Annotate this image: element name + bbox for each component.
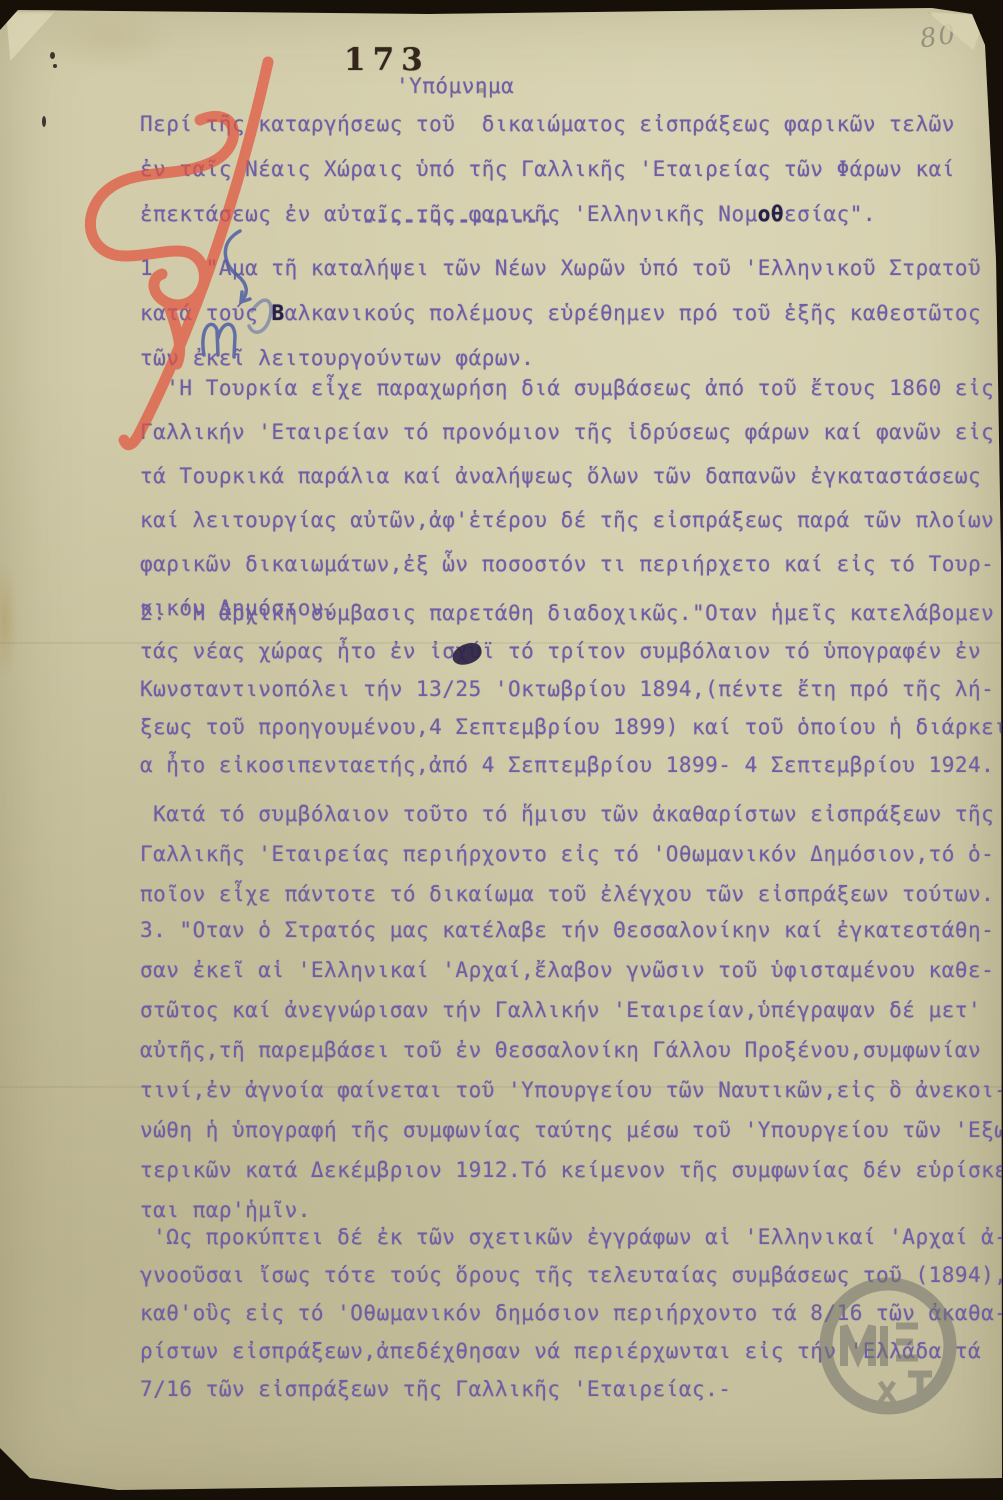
text-line: Κατά τό συμβόλαιον τοῦτο τό ἥμισυ τῶν ἀκ… <box>140 794 994 834</box>
stain <box>0 560 18 680</box>
paragraph-4: Κατά τό συμβόλαιον τοῦτο τό ἥμισυ τῶν ἀκ… <box>140 794 994 914</box>
memo-heading: 'Υπόμνημα <box>396 74 514 98</box>
page-number-stamp: 173 <box>344 42 430 78</box>
text-line: φαρικῶν δικαιωμάτων,ἐξ ὧν ποσοστόν τι πε… <box>140 542 994 586</box>
text-line: Γαλλικῆς 'Εταιρείας περιήρχοντο εἰς τό '… <box>140 834 994 874</box>
text-line: αὐτῆς,τῆ παρεμβάσει τοῦ ἐν Θεσσαλονίκη Γ… <box>140 1030 1003 1070</box>
blue-monogram <box>203 324 235 357</box>
text-line: Κωνσταντινοπόλει τήν 13/25 'Οκτωβρίου 18… <box>140 670 1003 708</box>
paragraph-3: 2. 'Η ἀρχική σύμβασις παρετάθη διαδοχικῶ… <box>140 594 1003 784</box>
paragraph-5: 3. "Οταν ὁ Στρατός μας κατέλαβε τήν Θεσσ… <box>140 910 1003 1230</box>
text-line: α ἦτο εἰκοσιπενταετής,ἀπό 4 Σεπτεμβρίου … <box>140 746 1003 784</box>
text-line: 'Ως προκύπτει δέ ἐκ τῶν σχετικῶν ἐγγράφω… <box>140 1218 1003 1256</box>
text-line: 3. "Οταν ὁ Στρατός μας κατέλαβε τήν Θεσσ… <box>140 910 1003 950</box>
text-line: σαν ἐκεῖ αἱ 'Ελληνικαί 'Αρχαί,ἔλαβον γνῶ… <box>140 950 1003 990</box>
text-line: στῶτος καί ἀνεγνώρισαν τήν Γαλλικήν 'Ετα… <box>140 990 1003 1030</box>
text-line: τινί,ἐν ἀγνοία φαίνεται τοῦ 'Υπουργείου … <box>140 1070 1003 1110</box>
divider-dashes: -------------- <box>362 208 553 232</box>
text-line: τάς νέας χώρας ἦτο ἐν ἰσχύϊ τό τρίτον συ… <box>140 632 1003 670</box>
text-line: καί λειτουργίας αὐτῶν,ἀφ'ἑτέρου δέ τῆς ε… <box>140 498 994 542</box>
text-line: 2. 'Η ἀρχική σύμβασις παρετάθη διαδοχικῶ… <box>140 594 1003 632</box>
blue-pen-annotation <box>190 225 290 375</box>
text-line: ποῖον εἶχε πάντοτε τό δικαίωμα τοῦ ἐλέγχ… <box>140 874 994 914</box>
archive-watermark-stamp <box>810 1270 966 1426</box>
text-line: νώθη ἡ ὑπογραφή τῆς συμφωνίας ταύτης μέσ… <box>140 1110 1003 1150</box>
paper-sheet: 173 80 'Υπόμνημα Περί τῆς καταργήσεως το… <box>0 0 1003 1500</box>
text-line: τερικῶν κατά Δεκέμβριον 1912.Τό κείμενον… <box>140 1150 1003 1190</box>
text-line: ξεως τοῦ προηγουμένου,4 Σεπτεμβρίου 1899… <box>140 708 1003 746</box>
scanned-document-page: { "page": { "number_stamp": "173", "corn… <box>0 0 1003 1500</box>
